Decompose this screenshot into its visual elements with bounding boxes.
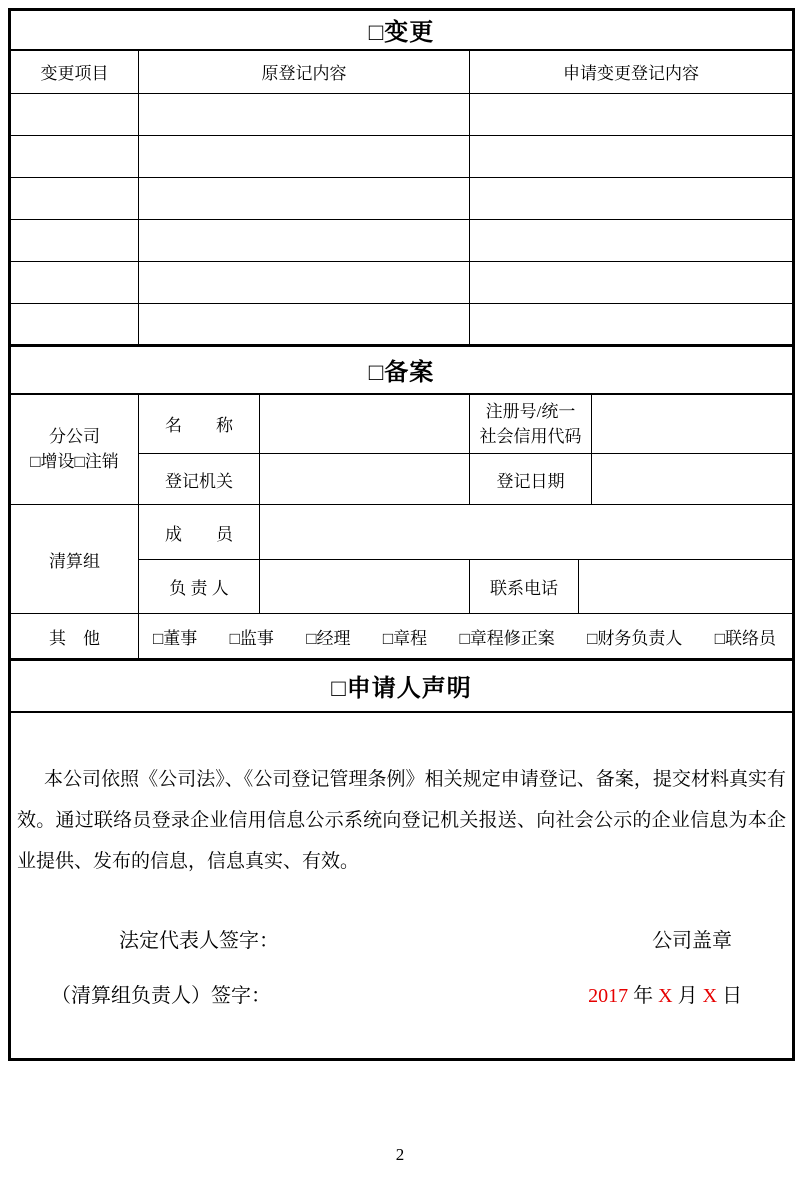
change-table-row — [10, 94, 794, 136]
applied-content-input[interactable] — [470, 262, 794, 304]
original-content-input[interactable] — [139, 94, 470, 136]
phone-label: 联系电话 — [470, 560, 579, 614]
change-table-row — [10, 262, 794, 304]
date-year-unit: 年 — [628, 985, 658, 1007]
other-label: 其 他 — [10, 614, 139, 660]
date-day-unit: 日 — [717, 985, 742, 1007]
applied-content-input[interactable] — [470, 220, 794, 262]
change-table-row — [10, 304, 794, 346]
checkbox-liaison[interactable]: □联络员 — [715, 624, 776, 649]
authority-input[interactable] — [260, 454, 470, 505]
company-seal-label: 公司盖章 — [652, 924, 732, 953]
filing-section-title: □备案 — [10, 346, 794, 394]
branch-name-label: 名 称 — [139, 394, 260, 454]
form-date: 2017 年 X 月 X 日 — [588, 979, 742, 1008]
member-input[interactable] — [260, 505, 794, 560]
regno-input[interactable] — [592, 394, 794, 454]
liquidation-leader-signature-label[interactable]: （清算组负责人）签字： — [51, 979, 271, 1008]
branch-add-cancel-checkboxes[interactable]: □增设□注销 — [11, 449, 138, 474]
authority-label: 登记机关 — [139, 454, 260, 505]
original-content-input[interactable] — [139, 220, 470, 262]
checkbox-director[interactable]: □董事 — [153, 624, 197, 649]
leader-input[interactable] — [260, 560, 470, 614]
change-item-input[interactable] — [10, 304, 139, 346]
checkbox-articles[interactable]: □章程 — [383, 624, 427, 649]
phone-input[interactable] — [579, 560, 794, 614]
date-year-value: 2017 — [588, 985, 628, 1007]
checkbox-manager[interactable]: □经理 — [306, 624, 350, 649]
declaration-section-header-row: □申请人声明 — [10, 660, 794, 712]
checkbox-supervisor[interactable]: □监事 — [230, 624, 274, 649]
change-item-input[interactable] — [10, 94, 139, 136]
branch-label-cell: 分公司 □增设□注销 — [10, 394, 139, 505]
applied-content-input[interactable] — [470, 304, 794, 346]
date-day-value: X — [703, 985, 717, 1007]
declaration-body-row: 本公司依照《公司法》、《公司登记管理条例》相关规定申请登记、备案，提交材料真实有… — [10, 712, 794, 1060]
signature-row-legal: 法定代表人签字： 公司盖章 — [11, 924, 792, 953]
regno-label-cell: 注册号/统一 社会信用代码 — [470, 394, 592, 454]
change-section-header-row: □变更 — [10, 10, 794, 50]
change-table-row — [10, 136, 794, 178]
reg-date-input[interactable] — [592, 454, 794, 505]
date-month-unit: 月 — [673, 985, 703, 1007]
liquidation-member-row: 清算组 成 员 — [10, 505, 794, 560]
signature-row-liquidation: （清算组负责人）签字： 2017 年 X 月 X 日 — [11, 979, 792, 1008]
original-content-input[interactable] — [139, 304, 470, 346]
filing-section-header-row: □备案 — [10, 346, 794, 394]
date-month-value: X — [658, 985, 672, 1007]
original-content-input[interactable] — [139, 262, 470, 304]
col-header-change-item: 变更项目 — [10, 50, 139, 94]
page-number: 2 — [0, 1145, 800, 1165]
branch-name-input[interactable] — [260, 394, 470, 454]
change-table-row — [10, 220, 794, 262]
change-item-input[interactable] — [10, 178, 139, 220]
original-content-input[interactable] — [139, 178, 470, 220]
col-header-original-content: 原登记内容 — [139, 50, 470, 94]
declaration-body-cell: 本公司依照《公司法》、《公司登记管理条例》相关规定申请登记、备案，提交材料真实有… — [10, 712, 794, 1060]
branch-name-row: 分公司 □增设□注销 名 称 注册号/统一 社会信用代码 — [10, 394, 794, 454]
applied-content-input[interactable] — [470, 178, 794, 220]
registration-form-table: □变更 变更项目 原登记内容 申请变更登记内容 — [8, 8, 795, 1061]
liquidation-label: 清算组 — [10, 505, 139, 614]
change-table-row — [10, 178, 794, 220]
legal-representative-signature-label[interactable]: 法定代表人签字： — [119, 924, 279, 953]
member-label: 成 员 — [139, 505, 260, 560]
declaration-section-title: □申请人声明 — [10, 660, 794, 712]
leader-label: 负 责 人 — [139, 560, 260, 614]
other-row: 其 他 □董事 □监事 □经理 □章程 □章程修正案 □财务负责人 □联络员 — [10, 614, 794, 660]
checkbox-finance-officer[interactable]: □财务负责人 — [587, 624, 682, 649]
change-section-title: □变更 — [10, 10, 794, 50]
declaration-paragraph: 本公司依照《公司法》、《公司登记管理条例》相关规定申请登记、备案，提交材料真实有… — [17, 759, 786, 882]
applied-content-input[interactable] — [470, 94, 794, 136]
reg-date-label: 登记日期 — [470, 454, 592, 505]
branch-label: 分公司 — [11, 424, 138, 449]
regno-label-line2: 社会信用代码 — [470, 424, 591, 449]
regno-label-line1: 注册号/统一 — [470, 399, 591, 424]
col-header-applied-content: 申请变更登记内容 — [470, 50, 794, 94]
form-page: □变更 变更项目 原登记内容 申请变更登记内容 — [0, 0, 800, 1177]
applied-content-input[interactable] — [470, 136, 794, 178]
change-item-input[interactable] — [10, 136, 139, 178]
change-item-input[interactable] — [10, 262, 139, 304]
original-content-input[interactable] — [139, 136, 470, 178]
change-item-input[interactable] — [10, 220, 139, 262]
change-column-header-row: 变更项目 原登记内容 申请变更登记内容 — [10, 50, 794, 94]
checkbox-articles-amendment[interactable]: □章程修正案 — [460, 624, 555, 649]
other-options-cell: □董事 □监事 □经理 □章程 □章程修正案 □财务负责人 □联络员 — [139, 614, 794, 660]
